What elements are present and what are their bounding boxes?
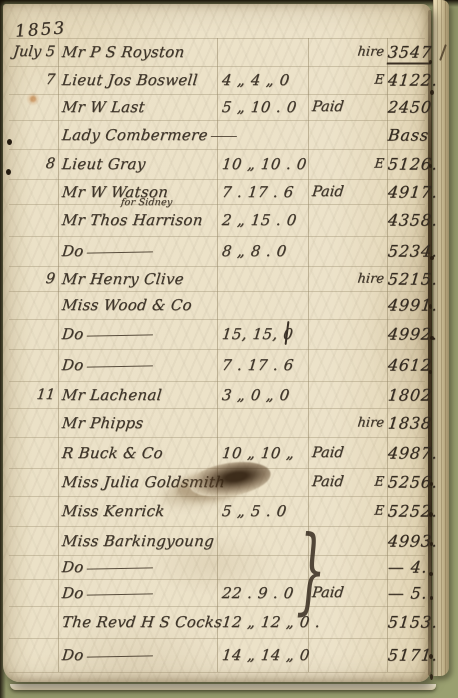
ledger-number-cell: 4612 bbox=[387, 356, 434, 375]
ledger-row: Miss Kenrick5 „ 5 . 0E5252. bbox=[3, 496, 431, 526]
paid-cell: Paid bbox=[311, 445, 387, 461]
ledger-number: 2450 bbox=[387, 98, 433, 117]
ledger-row: 8Lieut Gray10 „ 10 . 0E5126. bbox=[3, 149, 431, 179]
ledger-number: 4917. bbox=[387, 182, 439, 201]
ledger-row: Do7 . 17 . 64612 bbox=[3, 349, 431, 381]
hire-prefix: hire bbox=[330, 271, 385, 286]
name-cell: Do bbox=[61, 242, 221, 260]
ledger-number: Bass bbox=[387, 125, 430, 144]
ledger-number-cell: 4987. bbox=[387, 443, 434, 462]
ink-speck bbox=[430, 542, 433, 546]
name-flourish bbox=[211, 135, 237, 136]
name-cell: Miss Kenrick bbox=[61, 502, 221, 520]
ink-dot bbox=[7, 139, 12, 145]
name-cell: Miss Barkingyoung bbox=[61, 532, 221, 550]
hire-prefix: E bbox=[330, 475, 385, 490]
ink-speck bbox=[429, 512, 433, 517]
name-cell: Lady Combermere bbox=[61, 126, 221, 144]
grouping-brace: } bbox=[296, 531, 326, 611]
ledger-scan: 1853 July 5Mr P S Roystonhire35477Lieut … bbox=[0, 0, 458, 698]
ink-speck bbox=[429, 304, 432, 309]
hire-prefix: hire bbox=[330, 415, 385, 430]
name-text: R Buck & Co bbox=[61, 444, 164, 462]
name-text: Lady Combermere bbox=[61, 126, 209, 144]
amount-cell: 10 „ 10 „ bbox=[221, 444, 309, 462]
ledger-row: Mr Thos Harrisonfor Sidney2 „ 15 . 04358… bbox=[3, 204, 431, 236]
name-cell: Lieut Jos Boswell bbox=[61, 71, 221, 89]
ink-speck bbox=[429, 572, 433, 576]
name-text: Do bbox=[61, 325, 85, 343]
ink-speck bbox=[430, 90, 434, 95]
ledger-number-cell: 5171. bbox=[387, 646, 434, 665]
ledger-number: 3547 bbox=[387, 43, 433, 65]
name-text: Lieut Jos Boswell bbox=[61, 71, 199, 89]
rule-line bbox=[9, 672, 425, 673]
ledger-number-cell: 1802 bbox=[387, 385, 434, 404]
name-note: for Sidney bbox=[120, 197, 173, 208]
name-text: Mr Thos Harrison bbox=[61, 211, 204, 229]
ledger-row: The Revd H S Cocks12 „ 12 „ 0 .5153. bbox=[3, 606, 431, 638]
ledger-row: July 5Mr P S Roystonhire3547 bbox=[3, 38, 431, 66]
ink-speck bbox=[429, 654, 433, 659]
ledger-row: Mr W Last5 „ 10 . 0Paid2450 bbox=[3, 94, 431, 120]
ledger-row: Mr Phippshire1838 bbox=[3, 408, 431, 437]
ditto-flourish bbox=[86, 592, 152, 594]
ledger-number: 4612 bbox=[387, 356, 433, 375]
name-cell: Mr Thos Harrisonfor Sidney bbox=[61, 211, 221, 229]
ditto-flourish bbox=[86, 334, 152, 336]
name-cell: Do bbox=[61, 356, 221, 374]
ledger-row: Do8 „ 8 . 05234. bbox=[3, 236, 431, 266]
amount-cell: 4 „ 4 „ 0 bbox=[221, 71, 309, 89]
ledger-row: 11Mr Lachenal3 „ 0 „ 01802 bbox=[3, 381, 431, 408]
amount-cell: 10 „ 10 . 0 bbox=[221, 155, 309, 173]
amount-cell: 7 . 17 . 6 bbox=[221, 356, 309, 374]
name-text: The Revd H S Cocks bbox=[61, 613, 223, 631]
name-cell: Mr W Last bbox=[61, 98, 221, 116]
name-text: Miss Barkingyoung bbox=[61, 532, 215, 550]
ink-speck bbox=[430, 674, 433, 680]
name-text: Mr Henry Clive bbox=[61, 270, 185, 288]
ledger-number-cell: — 4. bbox=[387, 558, 434, 577]
ditto-flourish bbox=[86, 251, 152, 253]
name-cell: Mr Henry Clive bbox=[61, 270, 221, 288]
name-cell: The Revd H S Cocks bbox=[61, 613, 221, 631]
paid-cell: Paid bbox=[311, 184, 387, 200]
ledger-number-cell: 5252. bbox=[387, 502, 434, 521]
date-cell: July 5 bbox=[4, 44, 56, 60]
name-cell: Do bbox=[61, 646, 221, 664]
ledger-number-cell: 1838 bbox=[387, 413, 434, 432]
amount-cell: 5 „ 10 . 0 bbox=[221, 98, 309, 116]
name-cell: Do bbox=[61, 558, 221, 576]
ledger-number: — 4. bbox=[387, 558, 429, 577]
ledger-row: Do— 4. bbox=[3, 555, 431, 579]
name-text: Mr W Last bbox=[61, 98, 146, 116]
ink-speck bbox=[430, 482, 433, 486]
ledger-number-cell: 2450 bbox=[387, 98, 434, 117]
name-cell: Mr Phipps bbox=[61, 414, 221, 432]
amount-cell: 7 . 17 . 6 bbox=[221, 183, 309, 201]
ledger-number-cell: 4122. bbox=[387, 71, 434, 90]
amount-cell: 3 „ 0 „ 0 bbox=[221, 386, 309, 404]
name-cell: Lieut Gray bbox=[61, 155, 221, 173]
hire-prefix: hire bbox=[330, 45, 385, 60]
ledger-number-cell: 5126. bbox=[387, 155, 434, 174]
ledger-number: 4993. bbox=[387, 531, 439, 550]
ink-dot bbox=[6, 169, 11, 175]
ledger-row: Mr W Watson7 . 17 . 6Paid4917. bbox=[3, 179, 431, 204]
ledger-number: 1838 bbox=[387, 413, 433, 432]
ledger-number-cell: 4991. bbox=[387, 296, 434, 315]
ledger-row: R Buck & Co10 „ 10 „Paid4987. bbox=[3, 437, 431, 468]
name-text: Do bbox=[61, 356, 85, 374]
date-cell: 7 bbox=[4, 72, 56, 88]
ledger-number-cell: Bass bbox=[387, 125, 434, 144]
ledger-number-cell: 4992. bbox=[387, 325, 434, 344]
ledger-number: — 5. bbox=[387, 583, 429, 602]
ink-speck bbox=[429, 164, 432, 168]
ledger-number-cell: 4358. bbox=[387, 211, 434, 230]
name-text: Mr P S Royston bbox=[61, 43, 186, 61]
date-cell: 8 bbox=[4, 156, 56, 172]
ledger-number-cell: 4917. bbox=[387, 182, 434, 201]
amount-cell: 2 „ 15 . 0 bbox=[221, 211, 309, 229]
name-text: Lieut Gray bbox=[61, 155, 147, 173]
ditto-flourish bbox=[86, 655, 152, 657]
ledger-number: 1802 bbox=[387, 385, 433, 404]
ledger-number: 4987. bbox=[387, 443, 439, 462]
name-cell: Mr P S Royston bbox=[61, 43, 221, 61]
amount-cell: 14 „ 14 „ 0 bbox=[221, 646, 309, 664]
ledger-number-cell: 5256. bbox=[387, 473, 434, 492]
date-cell: 9 bbox=[4, 271, 56, 287]
ledger-number-cell: 5234. bbox=[387, 242, 434, 261]
ink-speck bbox=[429, 60, 432, 64]
name-text: Do bbox=[61, 558, 85, 576]
ledger-number: 5153. bbox=[387, 613, 439, 632]
ditto-flourish bbox=[86, 567, 152, 569]
ink-speck bbox=[430, 256, 434, 260]
hire-prefix: E bbox=[330, 504, 385, 519]
name-text: Miss Kenrick bbox=[61, 502, 166, 520]
ledger-row: Miss Wood & Co4991. bbox=[3, 291, 431, 319]
ledger-row: Miss Barkingyoung4993. bbox=[3, 526, 431, 555]
ledger-row: Lady CombermereBass bbox=[3, 120, 431, 149]
ledger-number-cell: 5153. bbox=[387, 613, 434, 632]
name-text: Mr Lachenal bbox=[61, 386, 163, 404]
paid-cell: Paid bbox=[311, 99, 387, 115]
page-stack-edge-bottom bbox=[10, 684, 436, 690]
ledger-row: 7Lieut Jos Boswell4 „ 4 „ 0E4122. bbox=[3, 66, 431, 94]
ledger-row: Do22 . 9 . 0Paid— 5. bbox=[3, 579, 431, 606]
ledger-number-cell: 4993. bbox=[387, 531, 434, 550]
name-cell: Miss Wood & Co bbox=[61, 296, 221, 314]
name-text: Do bbox=[61, 646, 85, 664]
amount-cell: 15, 15, 0 bbox=[221, 325, 309, 343]
ledger-number-cell: 3547 bbox=[387, 43, 434, 62]
ledger-page: 1853 July 5Mr P S Roystonhire35477Lieut … bbox=[3, 4, 431, 682]
name-text: Mr Phipps bbox=[61, 414, 144, 432]
name-cell: Mr Lachenal bbox=[61, 386, 221, 404]
name-text: Do bbox=[61, 584, 85, 602]
ditto-flourish bbox=[86, 365, 152, 367]
ledger-number: 5215. bbox=[387, 269, 439, 288]
name-text: Miss Wood & Co bbox=[61, 296, 193, 314]
ink-speck bbox=[430, 596, 433, 600]
ledger-row: Do14 „ 14 „ 05171. bbox=[3, 638, 431, 672]
date-cell: 11 bbox=[4, 387, 56, 403]
ink-speck bbox=[430, 336, 434, 340]
name-text: Do bbox=[61, 242, 85, 260]
ledger-row: Do15, 15, 04992. bbox=[3, 319, 431, 349]
name-cell: Do bbox=[61, 325, 221, 343]
ledger-number: 4992. bbox=[387, 325, 439, 344]
name-cell: Do bbox=[61, 584, 221, 602]
name-cell: R Buck & Co bbox=[61, 444, 221, 462]
ledger-number-cell: — 5. bbox=[387, 583, 434, 602]
ledger-number: 5252. bbox=[387, 502, 439, 521]
hire-prefix: E bbox=[330, 157, 385, 172]
ledger-number: 4358. bbox=[387, 211, 439, 230]
ledger-number-cell: 5215. bbox=[387, 269, 434, 288]
hire-prefix: E bbox=[330, 73, 385, 88]
amount-cell: 8 „ 8 . 0 bbox=[221, 242, 309, 260]
ledger-row: 9Mr Henry Clivehire5215. bbox=[3, 266, 431, 291]
ledger-number: 4122. bbox=[387, 71, 439, 90]
ink-speck bbox=[429, 370, 432, 374]
